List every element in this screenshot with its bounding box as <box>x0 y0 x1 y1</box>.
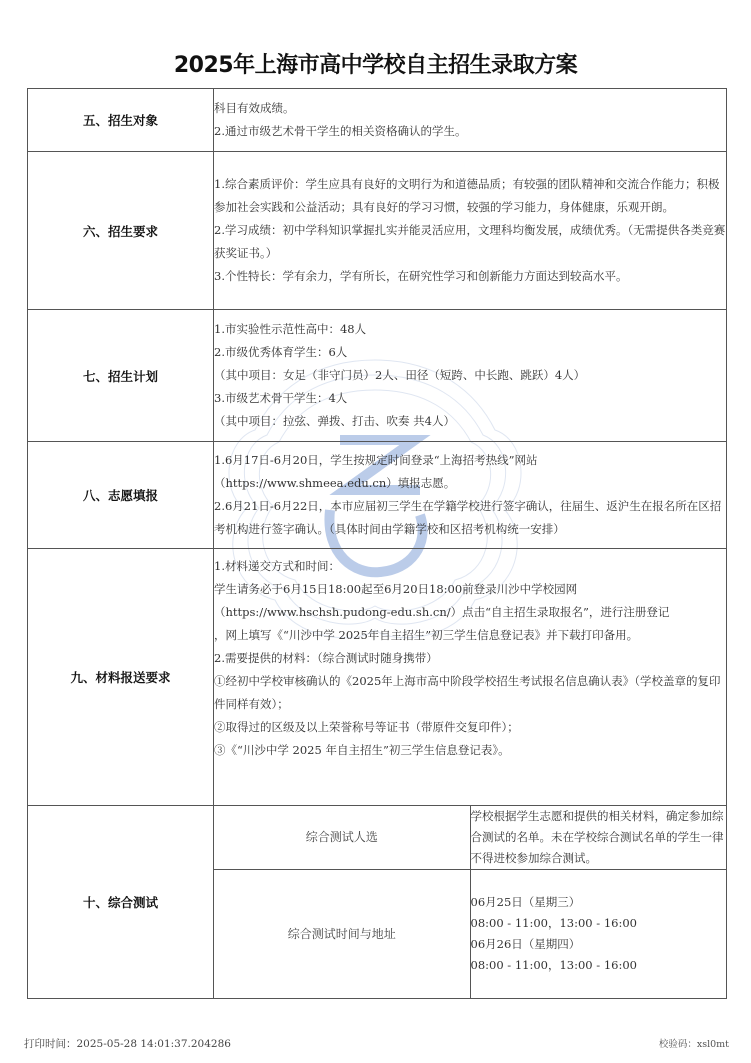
content-line: 3.市级艺术骨干学生：4人 <box>214 387 726 410</box>
content-line: 2.通过市级艺术骨干学生的相关资格确认的学生。 <box>214 120 726 143</box>
content-line: 1.6月17日-6月20日，学生按规定时间登录“上海招考热线”网站 <box>214 449 726 472</box>
subrow-content: 06月25日（星期三） 08:00 - 11:00，13:00 - 16:00 … <box>470 870 727 999</box>
content-line: 3.个性特长：学有余力，学有所长，在研究性学习和创新能力方面达到较高水平。 <box>214 265 726 288</box>
content-line: ①经初中学校审核确认的《2025年上海市高中阶段学校招生考试报名信息确认表》（学… <box>214 670 726 716</box>
content-line: ，网上填写《“川沙中学 2025年自主招生”初三学生信息登记表》并下载打印备用。 <box>214 624 726 647</box>
content-line: 学校根据学生志愿和提供的相关材料，确定参加综合测试的名单。未在学校综合测试名单的… <box>471 806 727 869</box>
content-line: 1.材料递交方式和时间： <box>214 555 726 578</box>
content-line: （https://www.shmeea.edu.cn）填报志愿。 <box>214 472 726 495</box>
content-line: ③《“川沙中学 2025 年自主招生”初三学生信息登记表》。 <box>214 739 726 762</box>
section-row-plan: 七、招生计划 1.市实验性示范性高中：48人 2.市级优秀体育学生：6人 （其中… <box>28 310 727 442</box>
section-content: 1.市实验性示范性高中：48人 2.市级优秀体育学生：6人 （其中项目：女足（非… <box>214 310 727 442</box>
section-row-target: 五、招生对象 科目有效成绩。 2.通过市级艺术骨干学生的相关资格确认的学生。 <box>28 89 727 152</box>
section-label: 十、综合测试 <box>28 806 214 999</box>
document-title: 2025年上海市高中学校自主招生录取方案 <box>0 48 751 79</box>
section-row-application: 八、志愿填报 1.6月17日-6月20日，学生按规定时间登录“上海招考热线”网站… <box>28 442 727 549</box>
section-label: 六、招生要求 <box>28 152 214 310</box>
schedule-date: 06月26日（星期四） <box>471 934 727 955</box>
section-content: 科目有效成绩。 2.通过市级艺术骨干学生的相关资格确认的学生。 <box>214 89 727 152</box>
admission-plan-table: 五、招生对象 科目有效成绩。 2.通过市级艺术骨干学生的相关资格确认的学生。 六… <box>27 88 727 999</box>
content-line: ②取得过的区级及以上荣誉称号等证书（带原件交复印件）； <box>214 716 726 739</box>
content-line: 2.学习成绩：初中学科知识掌握扎实并能灵活应用，文理科均衡发展，成绩优秀。（无需… <box>214 219 726 265</box>
content-line: 2.6月21日-6月22日，本市应届初三学生在学籍学校进行签字确认，往届生、返沪… <box>214 495 726 541</box>
section-label: 七、招生计划 <box>28 310 214 442</box>
section-content: 1.材料递交方式和时间： 学生请务必于6月15日18:00起至6月20日18:0… <box>214 549 727 806</box>
subrow-label: 综合测试时间与地址 <box>214 870 471 999</box>
schedule-time: 08:00 - 11:00，13:00 - 16:00 <box>471 913 727 934</box>
section-label: 八、志愿填报 <box>28 442 214 549</box>
subrow-label: 综合测试人选 <box>214 806 471 870</box>
content-line: （其中项目：拉弦、弹拨、打击、吹奏 共4人） <box>214 410 726 433</box>
checksum: 校验码：xsl0mt <box>659 1036 729 1050</box>
section-content: 1.综合素质评价：学生应具有良好的文明行为和道德品质；有较强的团队精神和交流合作… <box>214 152 727 310</box>
schedule-time: 08:00 - 11:00，13:00 - 16:00 <box>471 955 727 976</box>
section-label: 九、材料报送要求 <box>28 549 214 806</box>
content-line: 学生请务必于6月15日18:00起至6月20日18:00前登录川沙中学校园网 <box>214 578 726 601</box>
schedule-date: 06月25日（星期三） <box>471 892 727 913</box>
content-line: 科目有效成绩。 <box>214 97 726 120</box>
print-time: 打印时间：2025-05-28 14:01:37.204286 <box>24 1036 231 1051</box>
content-line: 1.市实验性示范性高中：48人 <box>214 318 726 341</box>
section-row-comprehensive-test: 十、综合测试 综合测试人选 学校根据学生志愿和提供的相关材料，确定参加综合测试的… <box>28 806 727 870</box>
section-label: 五、招生对象 <box>28 89 214 152</box>
content-line: 2.需要提供的材料：（综合测试时随身携带） <box>214 647 726 670</box>
content-line: 1.综合素质评价：学生应具有良好的文明行为和道德品质；有较强的团队精神和交流合作… <box>214 173 726 219</box>
subrow-content: 学校根据学生志愿和提供的相关材料，确定参加综合测试的名单。未在学校综合测试名单的… <box>470 806 727 870</box>
content-line: 2.市级优秀体育学生：6人 <box>214 341 726 364</box>
section-content: 1.6月17日-6月20日，学生按规定时间登录“上海招考热线”网站 （https… <box>214 442 727 549</box>
content-line: （https://www.hschsh.pudong-edu.sh.cn/）点击… <box>214 601 726 624</box>
section-row-materials: 九、材料报送要求 1.材料递交方式和时间： 学生请务必于6月15日18:00起至… <box>28 549 727 806</box>
section-row-requirements: 六、招生要求 1.综合素质评价：学生应具有良好的文明行为和道德品质；有较强的团队… <box>28 152 727 310</box>
content-line: （其中项目：女足（非守门员）2人、田径（短跨、中长跑、跳跃）4人） <box>214 364 726 387</box>
